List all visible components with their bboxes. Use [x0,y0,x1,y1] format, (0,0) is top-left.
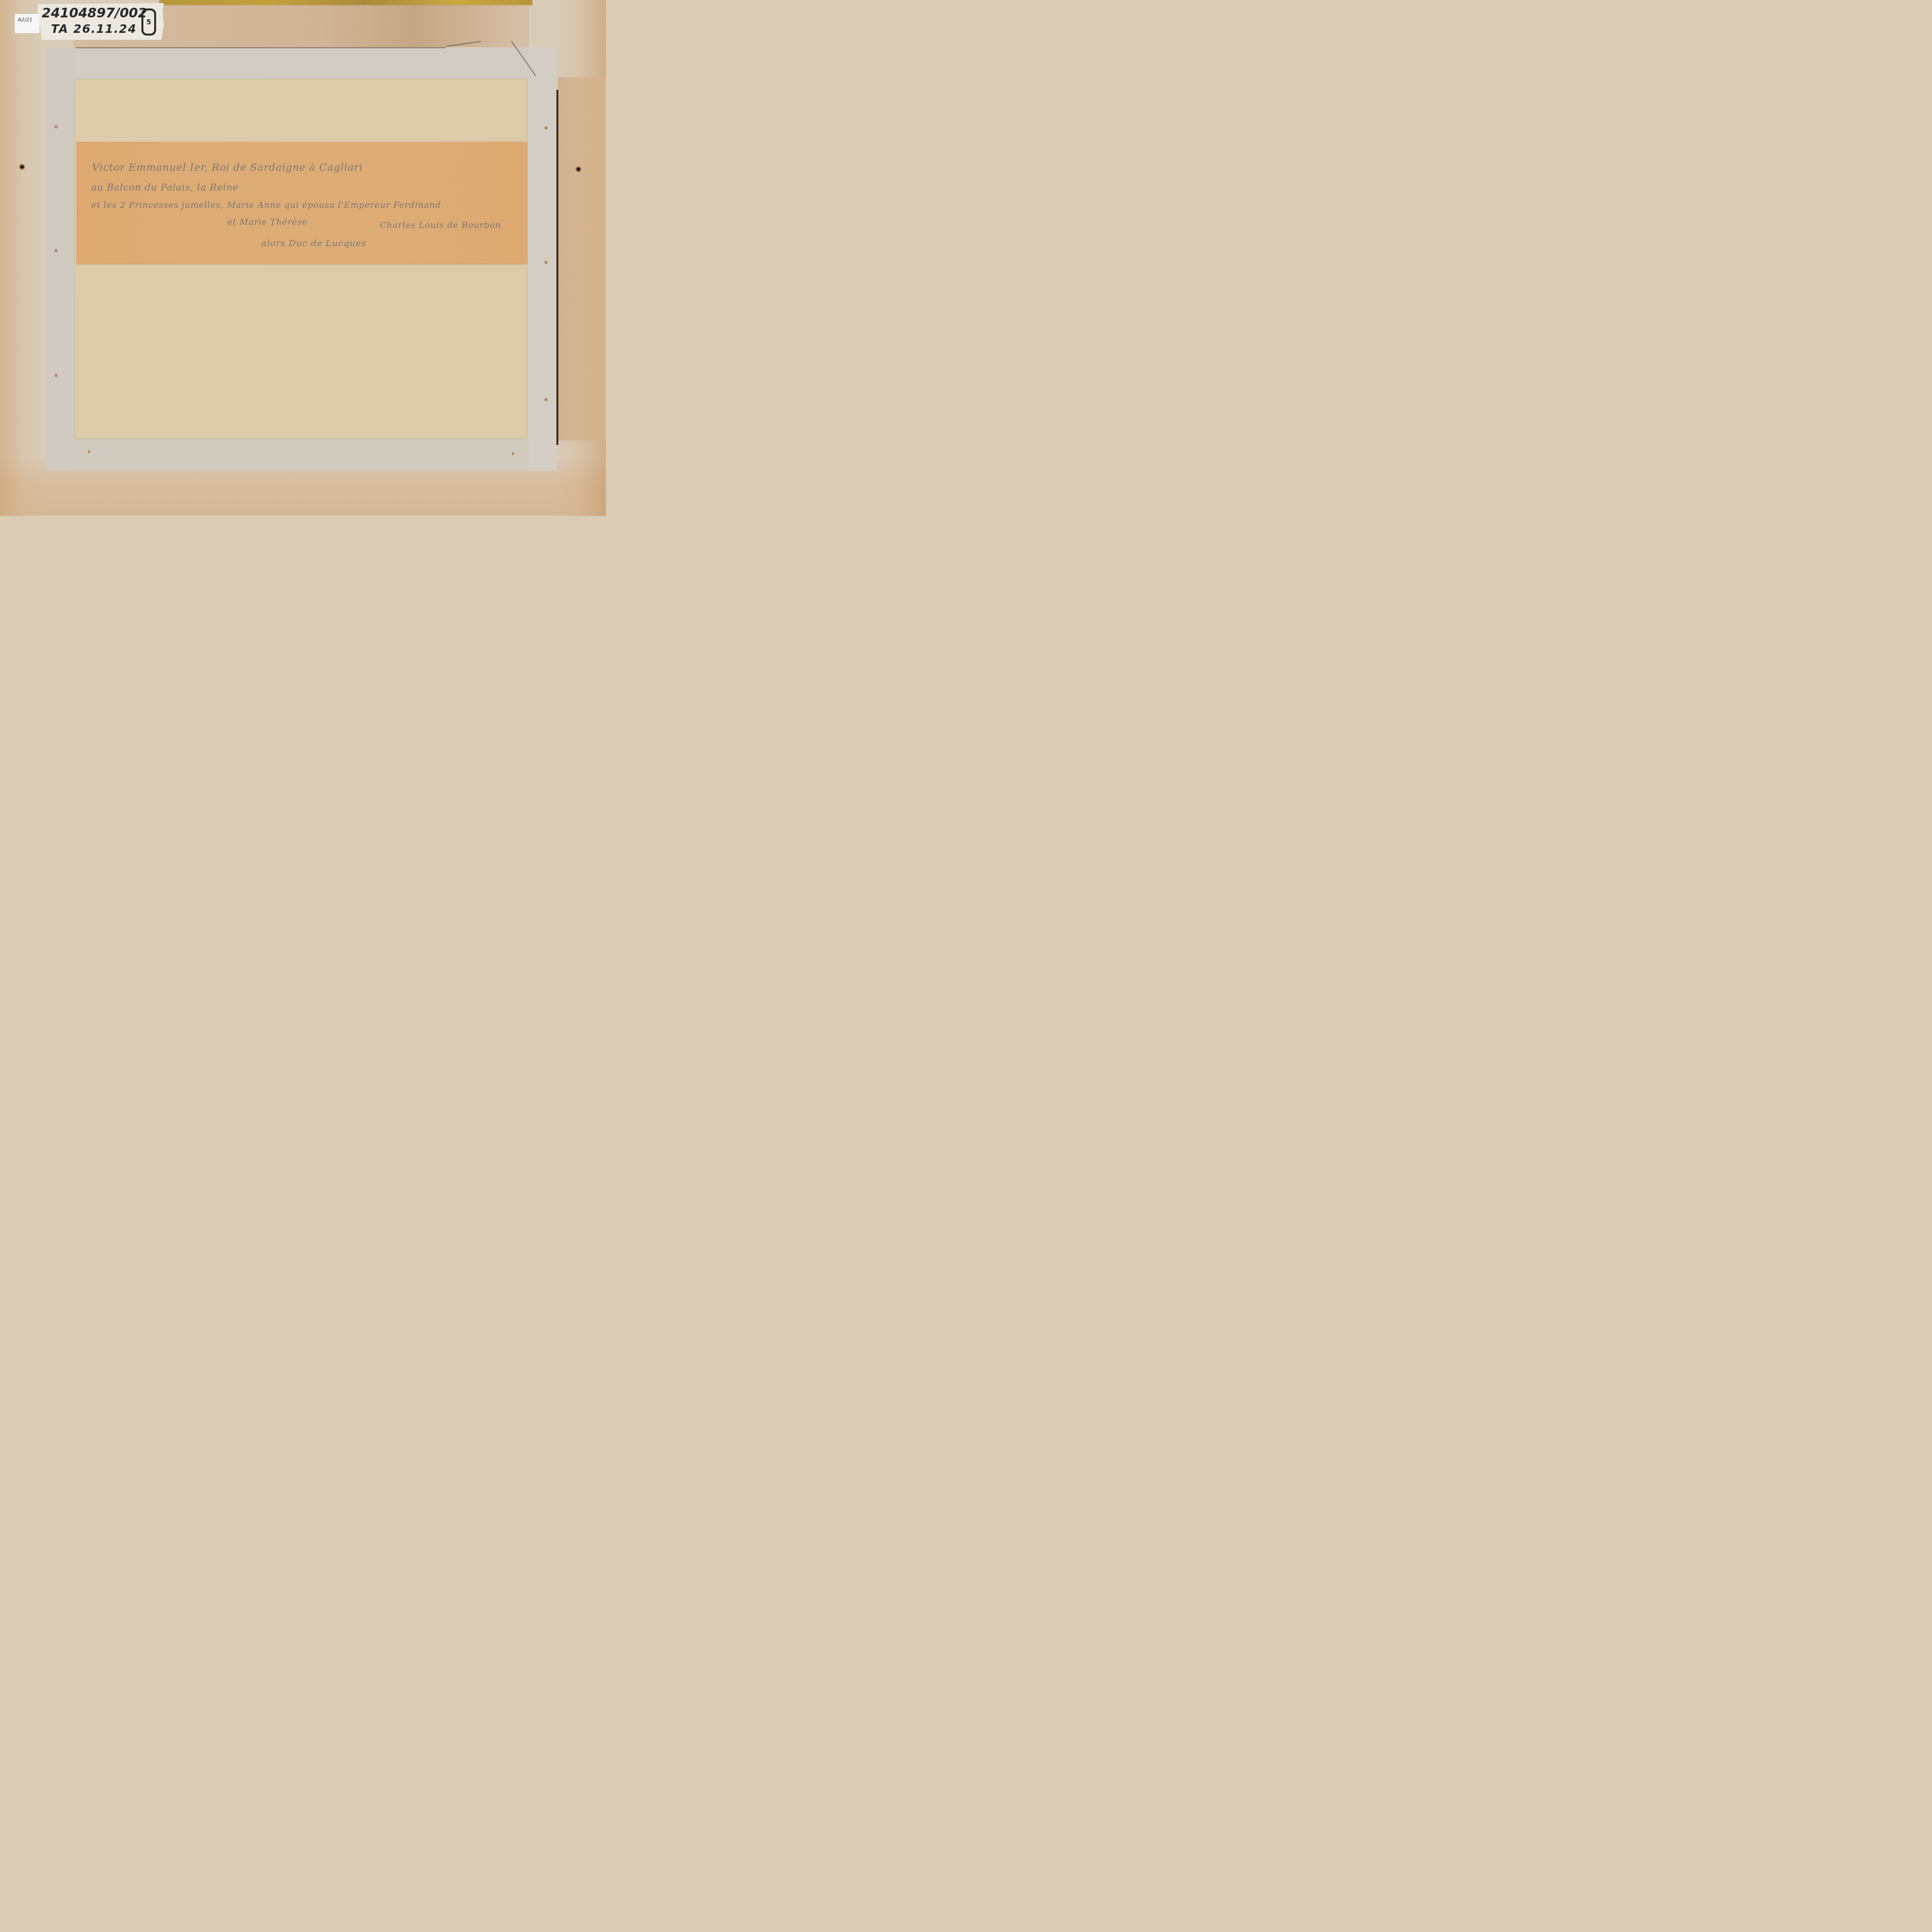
torn-paper-edge-top [75,47,446,48]
inscription-line-6: alors Duc de Lucques [261,238,366,248]
inscription-line-5: Charles Louis de Bourbon [380,221,501,230]
tape-strip-top [74,49,529,79]
nail-hole [20,165,24,169]
inscription-line-3: et les 2 Princesses jumelles, Marie Anne… [91,201,441,210]
tack-mark [54,249,58,252]
inscription-line-1: Victor Emmanuel Ier, Roi de Sardaigne à … [92,162,363,173]
inscription-line-4: et Marie Thérèse [227,218,308,227]
tack-mark [544,398,548,401]
tack-mark [54,374,58,377]
tack-mark [544,126,548,129]
date-code: TA 26.11.24 [51,22,137,36]
right-stained-edge [558,77,606,440]
inventory-number: 24104897/002 [42,5,147,21]
tack-mark [54,125,58,128]
circled-mark: 5 [141,9,156,36]
inscription-line-2: au Balcon du Palais, la Reine [91,182,238,193]
tack-mark [88,450,90,453]
tape-strip-bottom [74,439,529,470]
frame-gap-crack [556,90,558,445]
lot-sticker: A2/21 [15,14,39,33]
lot-sticker-text: A2/21 [18,17,32,23]
tack-mark [512,452,514,455]
nail-hole [577,167,580,171]
tack-mark [544,261,548,264]
tape-strip-left [46,47,74,471]
circled-mark-text: 5 [146,18,151,26]
tape-strip-right [528,47,556,471]
inscription-label: Victor Emmanuel Ier, Roi de Sardaigne à … [77,142,527,264]
